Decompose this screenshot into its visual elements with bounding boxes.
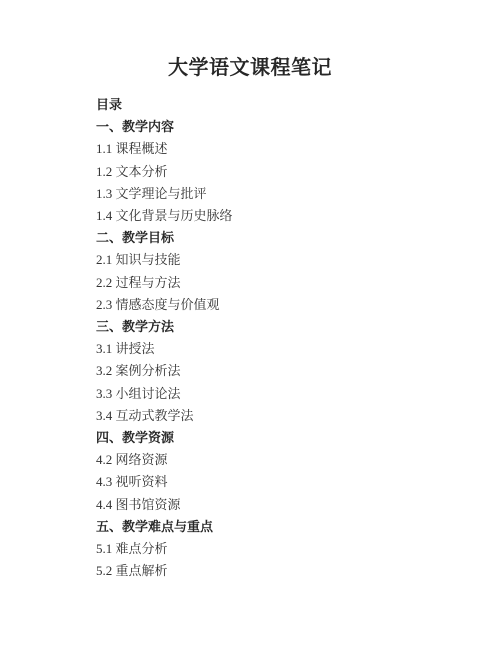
document-page: 大学语文课程笔记 目录 一、教学内容1.1 课程概述1.2 文本分析1.3 文学… [0, 0, 500, 647]
table-of-contents: 目录 一、教学内容1.1 课程概述1.2 文本分析1.3 文学理论与批评1.4 … [0, 94, 500, 582]
toc-item: 1.1 课程概述 [96, 138, 460, 160]
toc-item: 2.1 知识与技能 [96, 249, 460, 271]
toc-item: 一、教学内容 [96, 116, 460, 138]
toc-item: 四、教学资源 [96, 427, 460, 449]
toc-item: 二、教学目标 [96, 227, 460, 249]
toc-item: 4.4 图书馆资源 [96, 494, 460, 516]
toc-item: 3.1 讲授法 [96, 338, 460, 360]
toc-heading: 目录 [96, 94, 460, 116]
document-title: 大学语文课程笔记 [0, 0, 500, 81]
toc-item: 2.2 过程与方法 [96, 272, 460, 294]
toc-item: 3.4 互动式教学法 [96, 405, 460, 427]
toc-item: 4.3 视听资料 [96, 471, 460, 493]
toc-item: 4.2 网络资源 [96, 449, 460, 471]
toc-list: 一、教学内容1.1 课程概述1.2 文本分析1.3 文学理论与批评1.4 文化背… [96, 116, 460, 582]
toc-item: 2.3 情感态度与价值观 [96, 294, 460, 316]
toc-item: 3.2 案例分析法 [96, 360, 460, 382]
toc-item: 5.2 重点解析 [96, 560, 460, 582]
toc-item: 1.3 文学理论与批评 [96, 183, 460, 205]
toc-item: 1.4 文化背景与历史脉络 [96, 205, 460, 227]
toc-item: 3.3 小组讨论法 [96, 383, 460, 405]
toc-item: 1.2 文本分析 [96, 161, 460, 183]
toc-item: 五、教学难点与重点 [96, 516, 460, 538]
toc-item: 三、教学方法 [96, 316, 460, 338]
toc-item: 5.1 难点分析 [96, 538, 460, 560]
